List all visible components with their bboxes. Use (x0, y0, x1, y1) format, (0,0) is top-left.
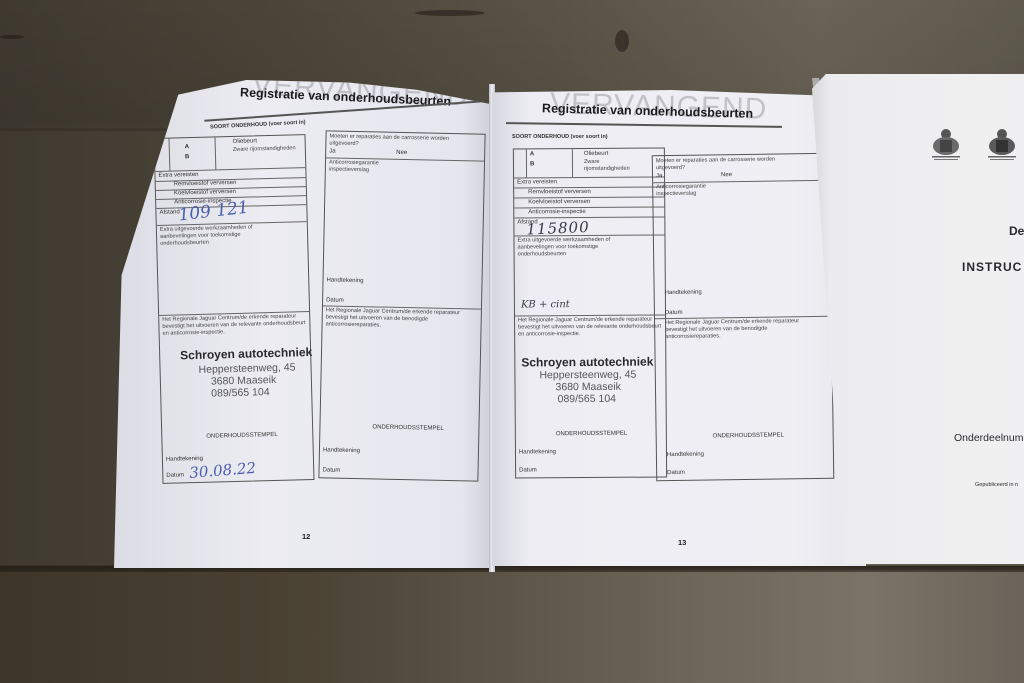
stamp-label: ONDERHOUDSSTEMPEL (372, 424, 443, 431)
repair-statement: Het Regionale Jaguar Centrum/de erkende … (326, 307, 476, 331)
wood-knot (615, 30, 629, 52)
date-label: Datum (665, 310, 683, 316)
stamp-label: ONDERHOUDSSTEMPEL (713, 432, 784, 439)
yes-label: Ja (329, 148, 335, 154)
option-a: A (185, 144, 189, 150)
page-number: 12 (302, 532, 310, 541)
manual-published: Gepubliceerd in n (975, 482, 1018, 488)
date-label: Datum (166, 472, 184, 478)
distance-label: Afstand (159, 209, 180, 216)
signature-label: Handtekening (326, 277, 363, 284)
extra-work-handwritten: KB + cint (521, 299, 570, 310)
divider (653, 180, 829, 183)
divider (169, 139, 171, 171)
section-label: SOORT ONDERHOUD (voer soort in) (210, 120, 306, 131)
booklet-page-left: VERVANGEND Registratie van onderhoudsbeu… (114, 80, 492, 568)
option-b: B (185, 154, 189, 160)
anticorrosion-label: Anticorrosiegarantie inspectieverslag (656, 183, 716, 198)
service-booklet: VERVANGEND Registratie van onderhoudsbeu… (110, 62, 870, 572)
signature-label: Handtekening (166, 456, 203, 463)
wood-knot (415, 10, 485, 16)
divider (514, 176, 664, 178)
bodywork-question: Moeten er reparaties aan de carrosserie … (656, 156, 796, 172)
stamp-phone: 089/565 104 (558, 393, 616, 405)
divider (572, 149, 573, 177)
manual-subtitle: INSTRUC (962, 260, 1022, 274)
divider (155, 167, 305, 172)
option-a: A (530, 151, 534, 157)
date-label: Datum (326, 297, 344, 303)
divider (514, 216, 664, 218)
stamp-label: ONDERHOUDSSTEMPEL (556, 431, 627, 437)
manual-part-number: Onderdeelnum (954, 432, 1023, 444)
signature-label: Handtekening (323, 447, 360, 454)
booklet-page-right: VERVANGEND Registratie van onderhoudsbeu… (492, 90, 866, 566)
no-label: Nee (396, 150, 407, 156)
royal-crest-icon (982, 126, 1022, 162)
table-front-plank (0, 570, 1024, 683)
stamp-street: Heppersteenweg, 45 (539, 369, 636, 382)
divider (514, 206, 664, 208)
dealer-statement: Het Regionale Jaguar Centrum/de erkende … (518, 316, 666, 338)
bodywork-question: Moeten er reparaties aan de carrosserie … (329, 133, 479, 150)
yes-label: Ja (656, 173, 662, 179)
extra-label: Extra vereisten (158, 172, 198, 179)
divider (215, 137, 217, 169)
section-label: SOORT ONDERHOUD (voer soort in) (512, 134, 608, 140)
extra-label: Extra vereisten (517, 179, 557, 185)
wood-knot (0, 35, 24, 39)
signature-label: Handtekening (519, 449, 556, 455)
instruction-manual: De INSTRUC Onderdeelnum Gepubliceerd in … (812, 74, 1024, 564)
dealer-statement: Het Regionale Jaguar Centrum/de erkende … (162, 313, 308, 338)
extra-work-label: Extra uitgevoerde werkzaamheden of aanbe… (517, 237, 627, 259)
maintenance-form: A B Oliebeurt Zware rijomstandigheden Ex… (153, 134, 314, 484)
maintenance-form: A B Oliebeurt Zware rijomstandigheden Ex… (513, 147, 667, 478)
extra-item: Koelvloeistof verversen (528, 199, 590, 205)
extra-item: Koelvloeistof verversen (174, 189, 236, 197)
extra-item: Remvloeistof verversen (174, 180, 237, 188)
royal-crest-icon (926, 126, 966, 162)
option-b: B (530, 161, 534, 167)
anticorrosion-label: Anticorrosiegarantie inspectieverslag (329, 159, 389, 174)
extra-item: Remvloeistof verversen (528, 189, 591, 195)
date-handwritten: 30.08.22 (189, 459, 257, 482)
stamp-city: 3680 Maaseik (555, 381, 620, 393)
signature-label: Handtekening (667, 452, 704, 459)
manual-title: De (1009, 224, 1024, 238)
option-oil: Oliebeurt (584, 151, 608, 157)
stamp-phone: 089/565 104 (211, 386, 270, 400)
no-label: Nee (721, 172, 732, 178)
date-label: Datum (667, 470, 685, 476)
stamp-name: Schroyen autotechniek (180, 345, 312, 362)
bodywork-form: Moeten er reparaties aan de carrosserie … (652, 153, 835, 481)
option-oil: Oliebeurt (233, 138, 258, 145)
stamp-name: Schroyen autotechniek (521, 355, 653, 370)
page-number: 13 (678, 538, 686, 547)
option-heavy-use: Zware rijomstandigheden (233, 145, 297, 154)
extra-item: Anticorrosie-inspectie (528, 209, 585, 215)
extra-work-label: Extra uitgevoerde werkzaamheden of aanbe… (160, 224, 271, 248)
signature-label: Handtekening (665, 290, 702, 297)
date-label: Datum (322, 467, 340, 473)
divider (526, 149, 527, 177)
bodywork-form: Moeten er reparaties aan de carrosserie … (318, 130, 485, 481)
stamp-label: ONDERHOUDSSTEMPEL (206, 432, 277, 440)
date-label: Datum (519, 467, 537, 473)
repair-statement: Het Regionale Jaguar Centrum/de erkende … (665, 318, 815, 341)
option-heavy-use: Zware rijomstandigheden (584, 159, 646, 173)
